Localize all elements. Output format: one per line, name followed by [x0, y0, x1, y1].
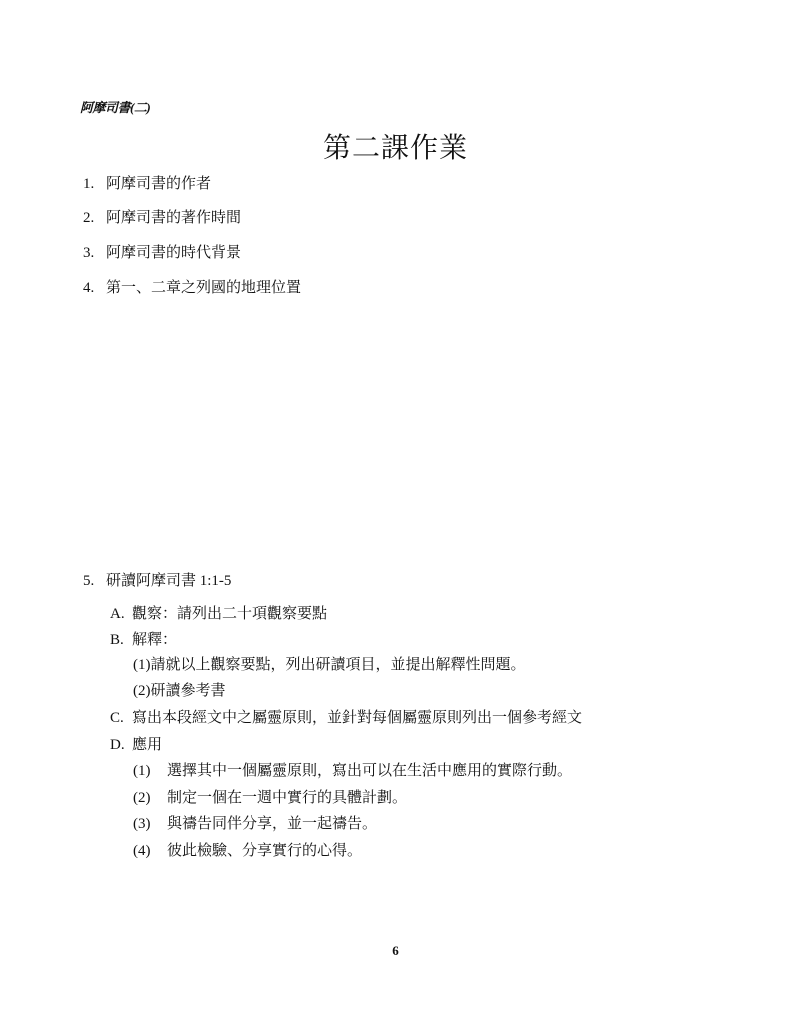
part-b: B.解釋： [110, 630, 177, 650]
question-5: 5.研讀阿摩司書 1:1-5 [83, 571, 231, 591]
sub-label: (2) [133, 788, 167, 808]
page-number: 6 [0, 943, 791, 959]
question-text: 阿摩司書的時代背景 [106, 245, 241, 261]
sub-text: 彼此檢驗、分享實行的心得。 [167, 843, 362, 859]
question-3: 3.阿摩司書的時代背景 [83, 243, 241, 263]
question-number: 5. [83, 571, 106, 591]
part-d-sub-2: (2)制定一個在一週中實行的具體計劃。 [133, 788, 407, 808]
question-2: 2.阿摩司書的著作時間 [83, 208, 241, 228]
part-c: C.寫出本段經文中之屬靈原則，並針對每個屬靈原則列出一個參考經文 [110, 708, 582, 728]
question-text: 研讀阿摩司書 1:1-5 [106, 573, 231, 589]
question-number: 2. [83, 208, 106, 228]
question-number: 1. [83, 174, 106, 194]
part-d: D.應用 [110, 735, 162, 755]
sub-text: 選擇其中一個屬靈原則，寫出可以在生活中應用的實際行動。 [167, 763, 572, 779]
part-text: 寫出本段經文中之屬靈原則，並針對每個屬靈原則列出一個參考經文 [132, 710, 582, 726]
part-d-sub-4: (4)彼此檢驗、分享實行的心得。 [133, 841, 362, 861]
question-text: 第一、二章之列國的地理位置 [106, 280, 301, 296]
question-number: 4. [83, 278, 106, 298]
part-label: D. [110, 735, 132, 755]
part-b-sub-1: (1)請就以上觀察要點，列出研讀項目，並提出解釋性問題。 [133, 655, 526, 675]
part-d-sub-3: (3)與禱告同伴分享，並一起禱告。 [133, 814, 377, 834]
sub-text: 制定一個在一週中實行的具體計劃。 [167, 790, 407, 806]
part-label: B. [110, 630, 132, 650]
part-a: A.觀察：請列出二十項觀察要點 [110, 604, 327, 624]
running-header: 阿摩司書(二) [80, 97, 150, 116]
part-text: 觀察：請列出二十項觀察要點 [132, 606, 327, 622]
part-b-sub-2: (2)研讀參考書 [133, 681, 226, 701]
part-text: 應用 [132, 737, 162, 753]
part-label: A. [110, 604, 132, 624]
question-4: 4.第一、二章之列國的地理位置 [83, 278, 301, 298]
part-text: 解釋： [132, 632, 177, 648]
sub-label: (4) [133, 841, 167, 861]
question-number: 3. [83, 243, 106, 263]
part-label: C. [110, 708, 132, 728]
sub-label: (3) [133, 814, 167, 834]
question-1: 1.阿摩司書的作者 [83, 174, 211, 194]
part-d-sub-1: (1)選擇其中一個屬靈原則，寫出可以在生活中應用的實際行動。 [133, 761, 572, 781]
question-text: 阿摩司書的作者 [106, 176, 211, 192]
sub-label: (1) [133, 761, 167, 781]
sub-text: 與禱告同伴分享，並一起禱告。 [167, 816, 377, 832]
page-title: 第二課作業 [0, 126, 791, 166]
question-text: 阿摩司書的著作時間 [106, 210, 241, 226]
